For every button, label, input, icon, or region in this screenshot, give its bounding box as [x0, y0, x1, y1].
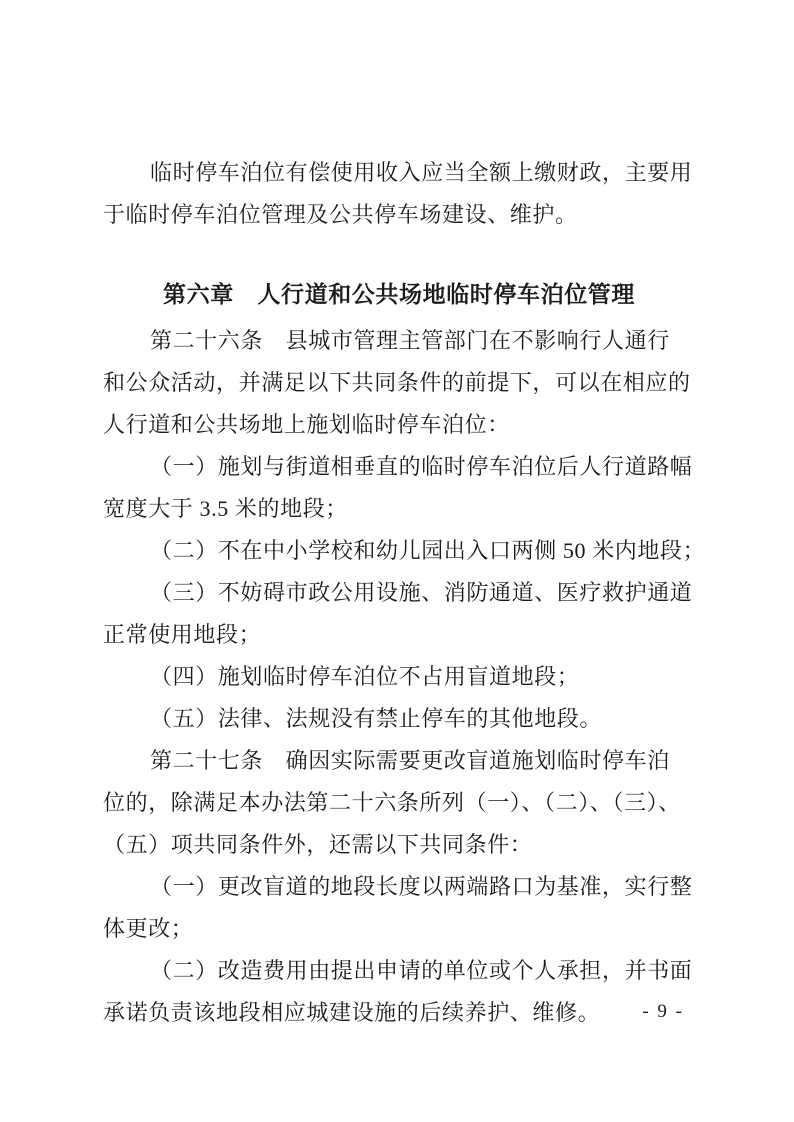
paragraph-line: （五）项共同条件外，还需以下共同条件：: [103, 824, 695, 866]
paragraph-line: 正常使用地段；: [103, 614, 695, 656]
paragraph-line: （一）更改盲道的地段长度以两端路口为基准，实行整: [103, 866, 695, 908]
chapter-heading: 第六章 人行道和公共场地临时停车泊位管理: [103, 273, 695, 315]
page-number: - 9 -: [642, 1001, 684, 1023]
paragraph-line: 位的，除满足本办法第二十六条所列（一）、（二）、（三）、: [103, 782, 695, 824]
paragraph-line: （五）法律、法规没有禁止停车的其他地段。: [103, 698, 695, 740]
paragraph-line: （二）不在中小学校和幼儿园出入口两侧 50 米内地段；: [103, 530, 695, 572]
paragraph-line: （四）施划临时停车泊位不占用盲道地段；: [103, 656, 695, 698]
paragraph-line: 于临时停车泊位管理及公共停车场建设、维护。: [103, 194, 695, 236]
paragraph-line: 第二十六条 县城市管理主管部门在不影响行人通行: [103, 320, 695, 362]
paragraph-line: 临时停车泊位有偿使用收入应当全额上缴财政，主要用: [103, 152, 695, 194]
paragraph-line: 体更改；: [103, 908, 695, 950]
paragraph-line: 宽度大于 3.5 米的地段；: [103, 488, 695, 530]
paragraph-line: 人行道和公共场地上施划临时停车泊位：: [103, 404, 695, 446]
paragraph-line: （一）施划与街道相垂直的临时停车泊位后人行道路幅: [103, 446, 695, 488]
paragraph-line: （三）不妨碍市政公用设施、消防通道、医疗救护通道: [103, 572, 695, 614]
paragraph-line: （二）改造费用由提出申请的单位或个人承担，并书面: [103, 950, 695, 992]
paragraph-line: 承诺负责该地段相应城建设施的后续养护、维修。: [103, 992, 695, 1034]
paragraph-line: 第二十七条 确因实际需要更改盲道施划临时停车泊: [103, 740, 695, 782]
paragraph-line: 和公众活动，并满足以下共同条件的前提下，可以在相应的: [103, 362, 695, 404]
document-body: 临时停车泊位有偿使用收入应当全额上缴财政，主要用 于临时停车泊位管理及公共停车场…: [103, 152, 695, 1034]
document-page: 临时停车泊位有偿使用收入应当全额上缴财政，主要用 于临时停车泊位管理及公共停车场…: [0, 0, 794, 1122]
